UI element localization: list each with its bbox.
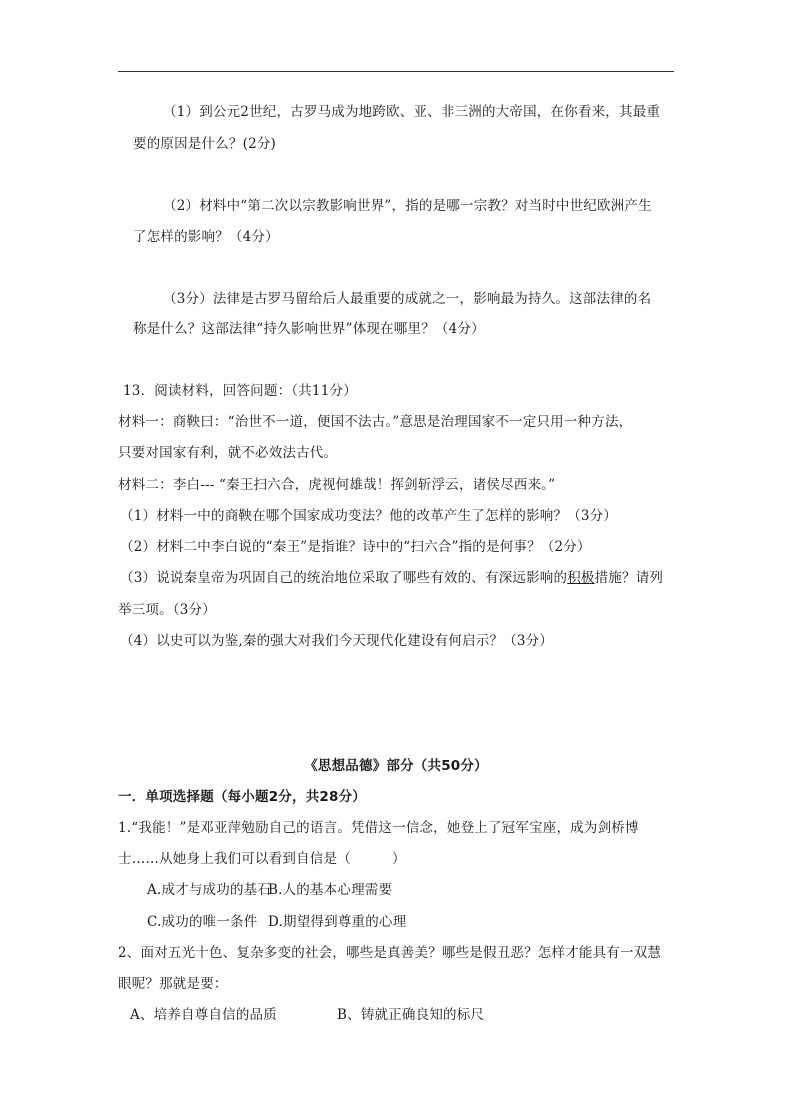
q2-line1: 2、面对五光十色、复杂多变的社会，哪些是真善美？哪些是假丑恶？怎样才能具有一双慧 <box>118 944 661 962</box>
q13-sub1: （1）材料一中的商鞅在哪个国家成功变法？他的改革产生了怎样的影响？（3分） <box>120 507 617 525</box>
header-rule <box>118 71 674 72</box>
q13-title: 13．阅读材料，回答问题：（共11分） <box>123 382 357 400</box>
q12-sub1-line1: （1）到公元2世纪，古罗马成为地跨欧、亚、非三洲的大帝国，在你看来，其最重 <box>163 103 660 121</box>
q2-option-b: B、铸就正确良知的标尺 <box>337 1006 484 1024</box>
q12-sub1-line2: 要的原因是什么？(2分) <box>133 135 276 153</box>
q12-sub3-line1: （3分）法律是古罗马留给后人最重要的成就之一，影响最为持久。这部法律的名 <box>163 290 651 308</box>
q13-sub3-underlined: 积极 <box>567 570 594 586</box>
q1-line1: 1.“我能！”是邓亚萍勉励自己的语言。凭借这一信念，她登上了冠军宝座，成为剑桥博 <box>118 819 639 837</box>
q13-sub3-line1: （3）说说秦皇帝为巩固自己的统治地位采取了哪些有效的、有深远影响的积极措施？请列 <box>120 569 663 587</box>
q13-sub2: （2）材料二中李白说的“秦王”是指谁？诗中的“扫六合”指的是何事？（2分） <box>120 538 591 556</box>
part1-heading: 一．单项选择题（每小题2分，共28分） <box>118 788 366 806</box>
q1-option-c: C.成功的唯一条件 <box>147 913 257 931</box>
ethics-section-title: 《思想品德》部分（共50分） <box>0 757 792 775</box>
q13-material1-line2: 只要对国家有利，就不必效法古代。 <box>118 444 337 462</box>
q1-line2: 士……从她身上我们可以看到自信是（ ） <box>118 850 406 868</box>
q2-line2: 眼呢？那就是要： <box>118 975 228 993</box>
q1-option-d: D.期望得到尊重的心理 <box>268 913 406 931</box>
q12-sub2-line2: 了怎样的影响？（4分） <box>133 228 279 246</box>
q13-sub3-post: 措施？请列 <box>595 570 664 586</box>
q13-material2: 材料二：李白--- “秦王扫六合，虎视何雄哉！挥剑斩浮云，诸侯尽西来。” <box>118 476 555 494</box>
q13-sub3-pre: （3）说说秦皇帝为巩固自己的统治地位采取了哪些有效的、有深远影响的 <box>120 570 567 586</box>
q1-option-a: A.成才与成功的基石 <box>147 881 271 899</box>
q2-option-a: A、培养自尊自信的品质 <box>130 1006 277 1024</box>
q13-sub4: （4）以史可以为鉴,秦的强大对我们今天现代化建设有何启示？（3分） <box>120 632 553 650</box>
q1-option-b: B.人的基本心理需要 <box>268 881 392 899</box>
q13-sub3-line2: 举三项。（3分） <box>118 601 216 619</box>
q13-material1-line1: 材料一：商鞅曰：“治世不一道，便国不法古。”意思是治理国家不一定只用一种方法， <box>118 413 632 431</box>
q12-sub3-line2: 称是什么？这部法律“持久影响世界”体现在哪里？（4分） <box>133 320 485 338</box>
q12-sub2-line1: （2）材料中“第二次以宗教影响世界”，指的是哪一宗教？对当时中世纪欧洲产生 <box>163 197 652 215</box>
